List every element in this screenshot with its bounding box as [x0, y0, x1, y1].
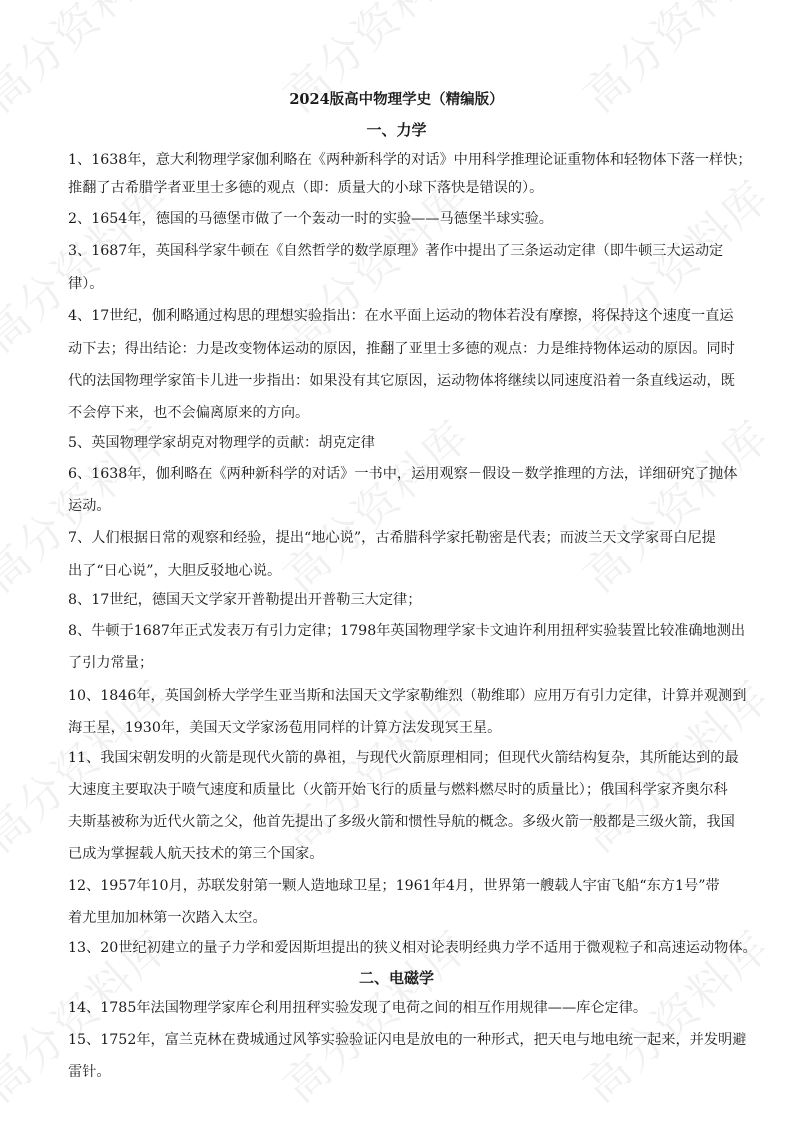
paragraph-line: 大速度主要取决于喷气速度和质量比（火箭开始飞行的质量与燃料燃尽时的质量比）；俄国… [68, 781, 728, 799]
paragraph-line: 10、1846年，英国剑桥大学学生亚当斯和法国天文学家勒维烈（勒维耶）应用万有引… [68, 687, 746, 705]
paragraph-line: 动下去；得出结论：力是改变物体运动的原因，推翻了亚里士多德的观点：力是维持物体运… [68, 340, 735, 358]
paragraph-line: 11、我国宋朝发明的火箭是现代火箭的鼻祖，与现代火箭原理相同；但现代火箭结构复杂… [68, 749, 739, 767]
paragraph-line: 了引力常量； [68, 654, 153, 672]
paragraph-line: 出了“日心说”，大胆反驳地心说。 [68, 562, 281, 580]
document-content: 2024版高中物理学史（精编版） 一、力学 1、1638年，意大利物理学家伽利略… [0, 0, 793, 1122]
paragraph-line: 代的法国物理学家笛卡儿进一步指出：如果没有其它原因，运动物体将继续以同速度沿着一… [68, 372, 735, 390]
paragraph-line: 海王星，1930年，美国天文学家汤苞用同样的计算方法发现冥王星。 [68, 719, 501, 737]
paragraph-line: 推翻了古希腊学者亚里士多德的观点（即：质量大的小球下落快是错误的）。 [68, 179, 543, 197]
paragraph-line: 5、英国物理学家胡克对物理学的贡献：胡克定律 [68, 434, 375, 452]
paragraph-line: 14、1785年法国物理学家库仑利用扭秤实验发现了电荷之间的相互作用规律——库仑… [68, 999, 647, 1017]
paragraph-line: 3、1687年，英国科学家牛顿在《自然哲学的数学原理》著作中提出了三条运动定律（… [68, 242, 723, 260]
paragraph-line: 13、20世纪初建立的量子力学和爱因斯坦提出的狭义相对论表明经典力学不适用于微观… [68, 939, 757, 957]
paragraph-line: 15、1752年，富兰克林在费城通过风筝实验验证闪电是放电的一种形式，把天电与地… [68, 1031, 746, 1049]
section-heading-electromagnetism: 二、电磁学 [0, 969, 793, 987]
paragraph-line: 律）。 [68, 275, 103, 293]
document-title: 2024版高中物理学史（精编版） [0, 91, 793, 109]
paragraph-line: 不会停下来，也不会偏离原来的方向。 [68, 404, 309, 422]
paragraph-line: 1、1638年，意大利物理学家伽利略在《两种新科学的对话》中用科学推理论证重物体… [68, 151, 752, 169]
paragraph-line: 已成为掌握载人航天技术的第三个国家。 [68, 845, 323, 863]
paragraph-line: 着尤里加加林第一次踏入太空。 [68, 909, 267, 927]
paragraph-line: 8、牛顿于1687年正式发表万有引力定律；1798年英国物理学家卡文迪许利用扭秤… [68, 622, 745, 640]
paragraph-line: 7、人们根据日常的观察和经验，提出“地心说”，古希腊科学家托勒密是代表；而波兰天… [68, 529, 716, 547]
paragraph-line: 6、1638年，伽利略在《两种新科学的对话》一书中，运用观察－假设－数学推理的方… [68, 465, 737, 483]
paragraph-line: 运动。 [68, 497, 111, 515]
paragraph-line: 夫斯基被称为近代火箭之父，他首先提出了多级火箭和惯性导航的概念。多级火箭一般都是… [68, 813, 735, 831]
document-page: 高分资料库 高分资料库 高分资料库 高分资料库 高分资料库 高分资料库 高分资料… [0, 0, 793, 1122]
paragraph-line: 4、17世纪，伽利略通过构思的理想实验指出：在水平面上运动的物体若没有摩擦，将保… [68, 307, 734, 325]
paragraph-line: 雷针。 [68, 1063, 111, 1081]
paragraph-line: 8、17世纪，德国天文学家开普勒提出开普勒三大定律； [68, 591, 421, 609]
paragraph-line: 2、1654年，德国的马德堡市做了一个轰动一时的实验——马德堡半球实验。 [68, 210, 553, 228]
section-heading-mechanics: 一、力学 [0, 121, 793, 139]
paragraph-line: 12、1957年10月，苏联发射第一颗人造地球卫星；1961年4月，世界第一艘载… [68, 877, 720, 895]
